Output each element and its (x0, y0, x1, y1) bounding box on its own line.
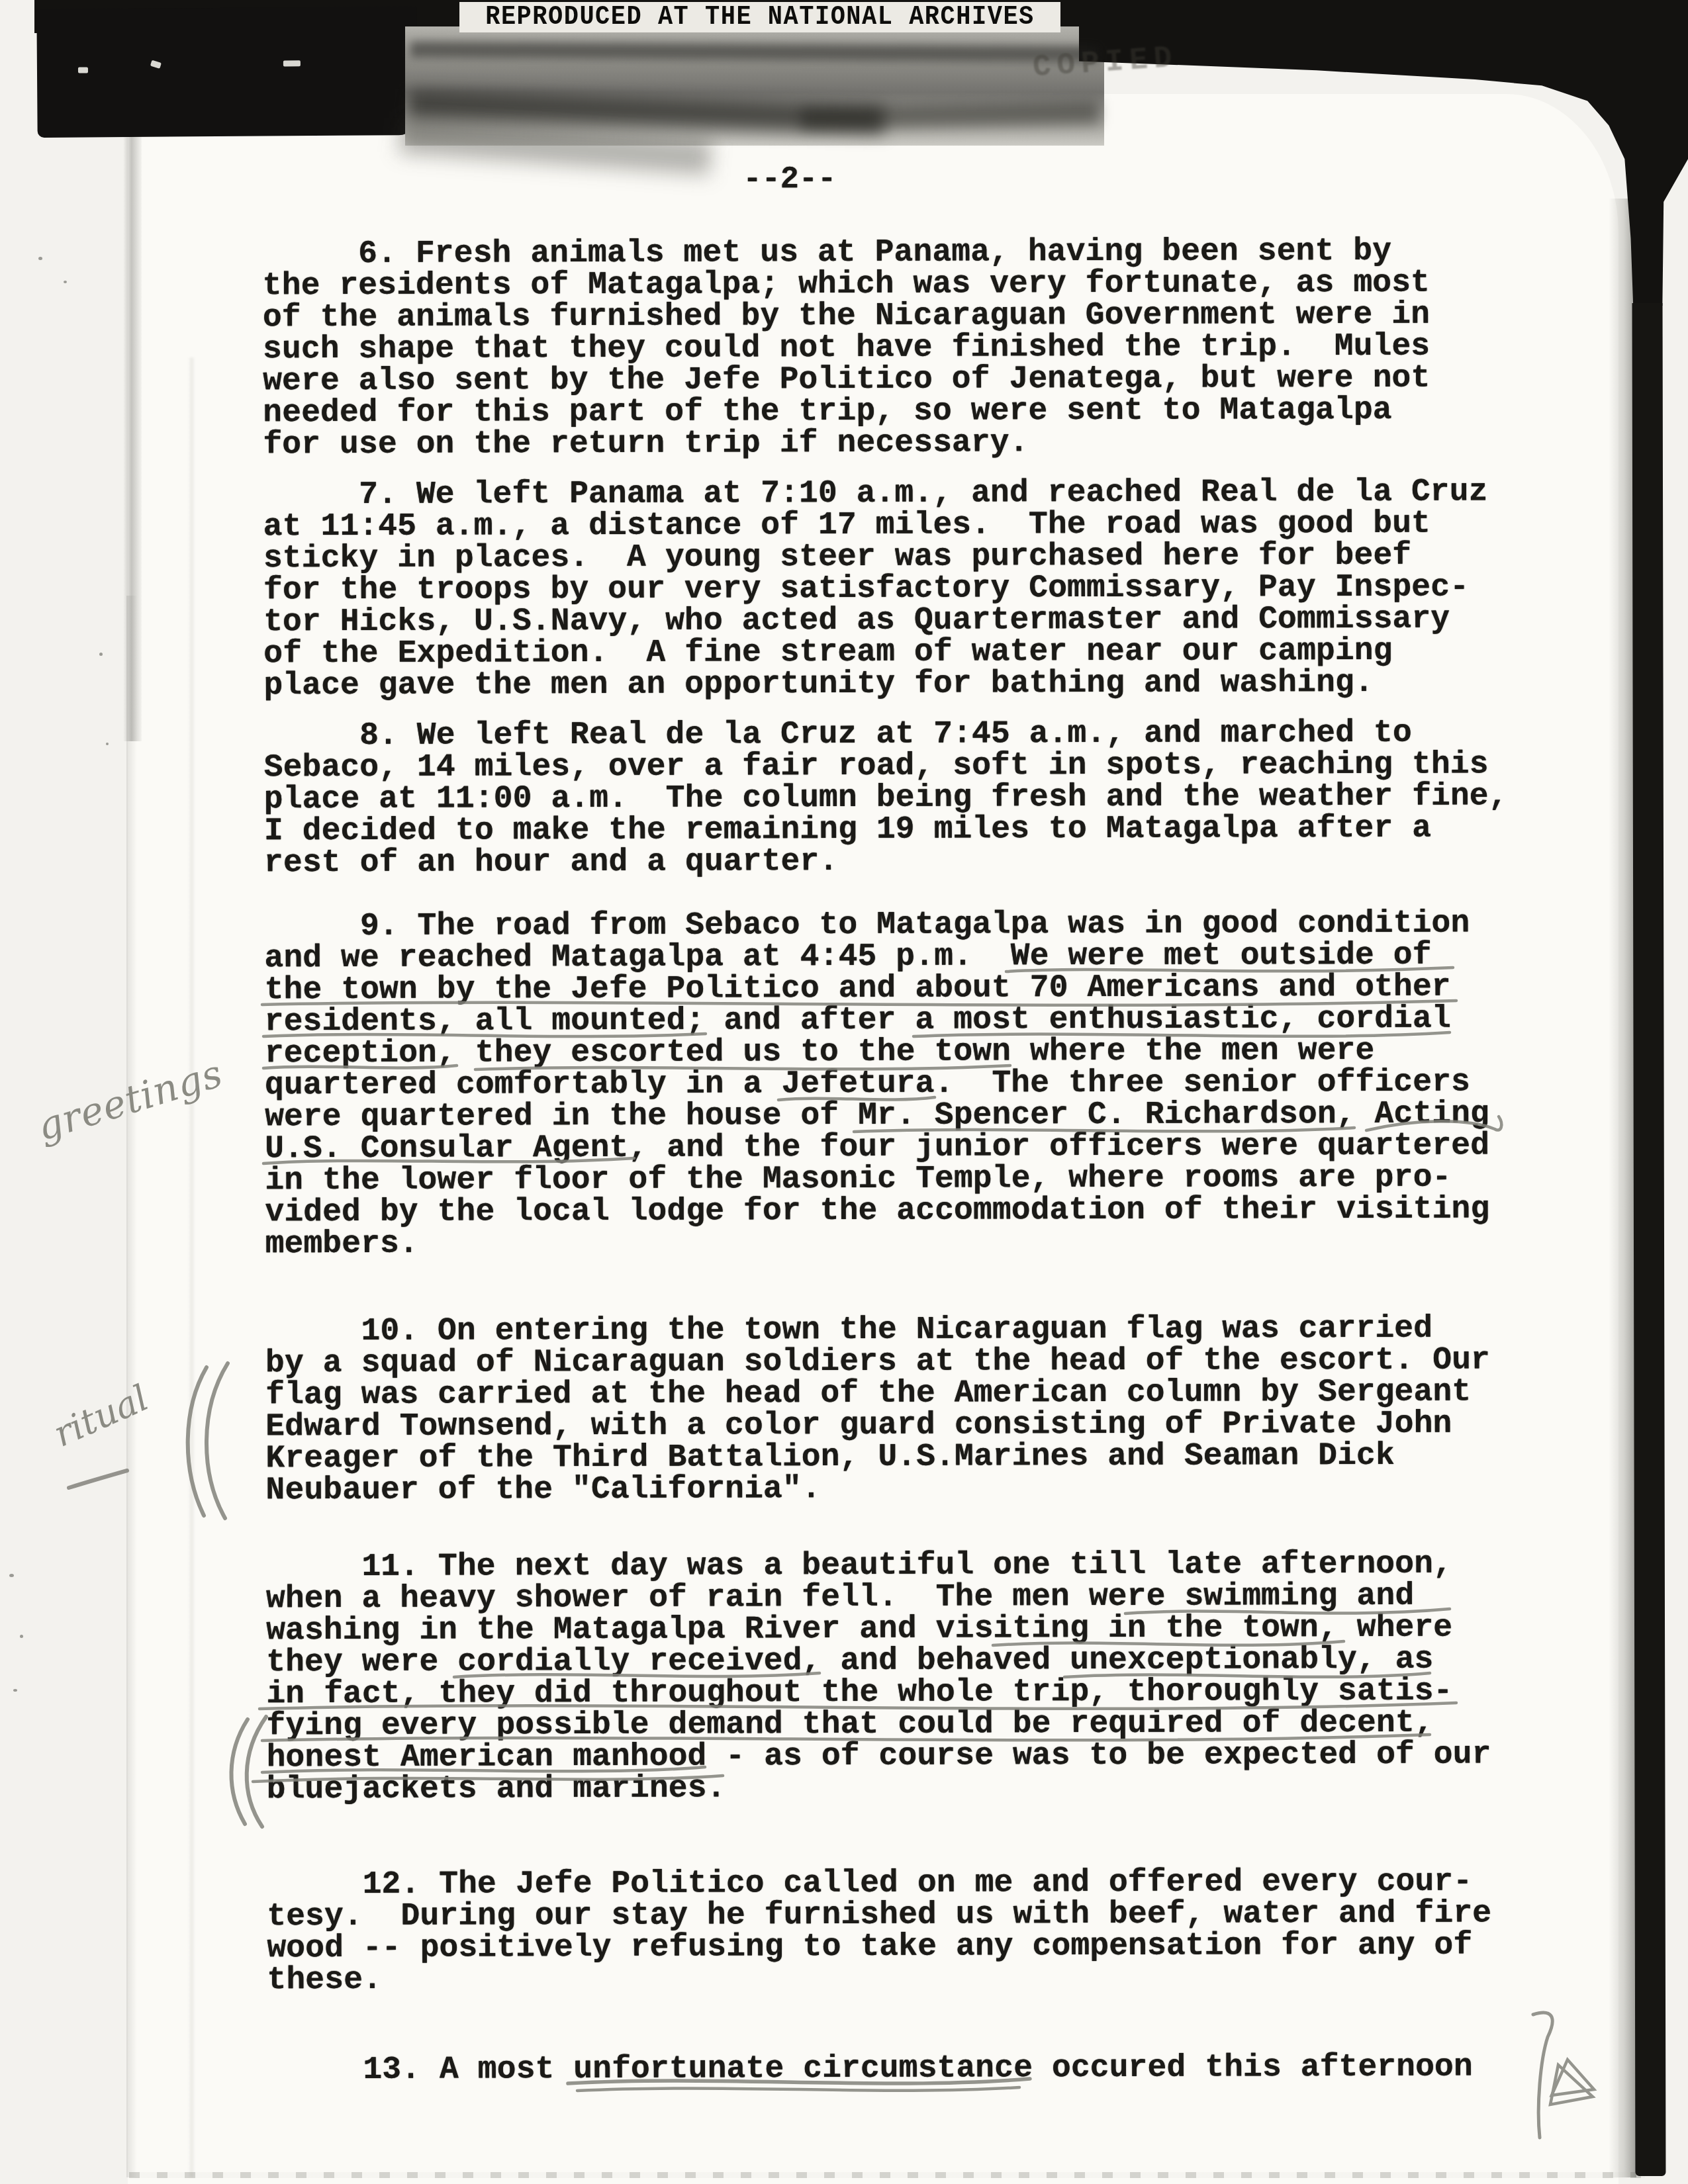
pencil-underline (262, 1001, 1456, 1005)
pencil-underline (259, 1703, 1456, 1709)
pencil-underline (454, 1673, 820, 1677)
pencil-underline (1064, 1673, 1430, 1677)
pencil-underline (993, 1641, 1344, 1645)
pencil-underline (1366, 1116, 1501, 1130)
pencil-underline (778, 1097, 935, 1100)
pencil-underline (263, 1066, 457, 1068)
pencil-underline (263, 1158, 634, 1163)
pencil-underline (854, 1128, 1354, 1132)
scanned-document: --2-- 6. Fresh animals met us at Panama,… (0, 0, 1688, 2184)
pencil-underline (1125, 1609, 1450, 1614)
pencil-underline (577, 2087, 1019, 2091)
pencil-underline (262, 1735, 1430, 1741)
pencil-underline (568, 2079, 1030, 2083)
pencil-underline (263, 1034, 706, 1036)
pencil-underline (1006, 968, 1453, 972)
margin-parenthesis-mark (207, 1363, 228, 1518)
pencil-underline (253, 1776, 723, 1782)
pencil-underline (475, 1066, 1010, 1069)
pencil-underline (914, 1032, 1450, 1036)
margin-note-underline (69, 1471, 127, 1488)
margin-parenthesis-mark (188, 1367, 207, 1516)
pencil-underline (262, 1767, 705, 1772)
pencil-annotation-layer (0, 0, 1688, 2184)
corner-flag-stroke (1533, 2013, 1552, 2138)
